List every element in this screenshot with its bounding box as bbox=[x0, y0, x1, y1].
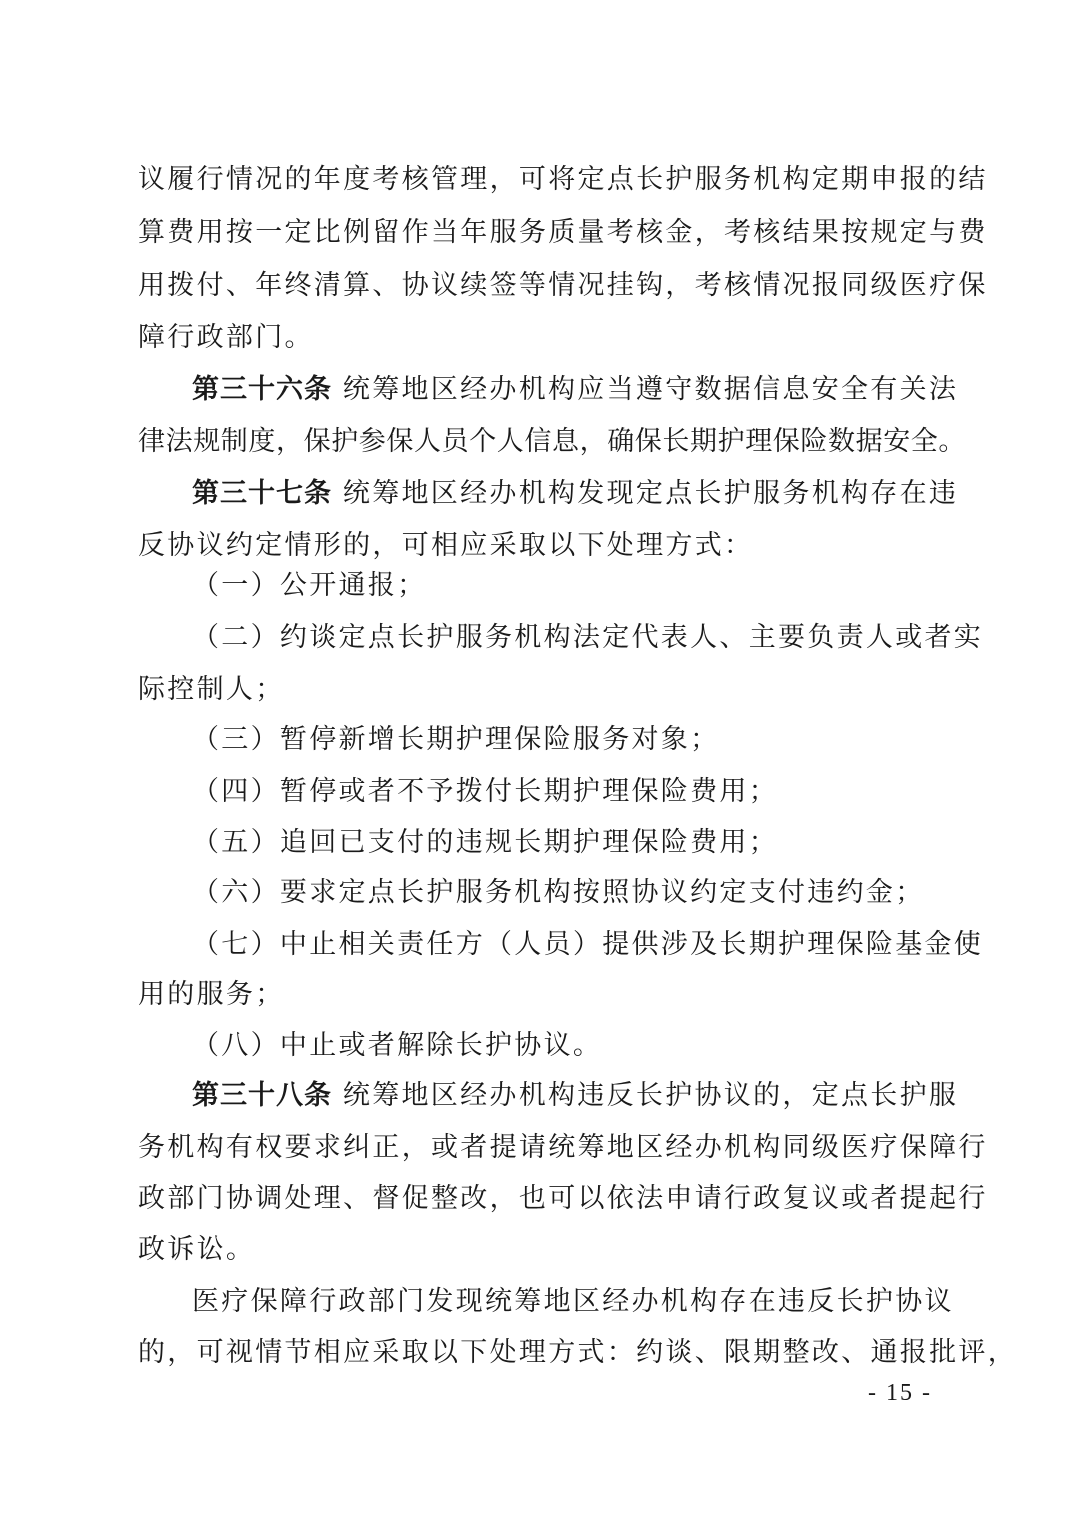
body-text-line: 的，可视情节相应采取以下处理方式：约谈、限期整改、通报批评， bbox=[138, 1336, 948, 1370]
article-37-heading: 第三十七条 bbox=[192, 478, 332, 509]
article-36-heading: 第三十六条 bbox=[192, 374, 332, 405]
article-38-heading: 第三十八条 bbox=[192, 1080, 332, 1111]
article-37-text: 统筹地区经办机构发现定点长护服务机构存在违 bbox=[343, 478, 958, 509]
body-text-line: 医疗保障行政部门发现统筹地区经办机构存在违反长护协议 bbox=[192, 1285, 948, 1319]
document-page: 议履行情况的年度考核管理，可将定点长护服务机构定期申报的结 算费用按一定比例留作… bbox=[0, 0, 1074, 1520]
article-38-line: 务机构有权要求纠正，或者提请统筹地区经办机构同级医疗保障行 bbox=[138, 1131, 948, 1165]
article-38-line: 政部门协调处理、督促整改，也可以依法申请行政复议或者提起行 bbox=[138, 1182, 948, 1216]
list-item: （四）暂停或者不予拨付长期护理保险费用； bbox=[192, 775, 948, 809]
list-item: （八）中止或者解除长护协议。 bbox=[192, 1029, 948, 1063]
list-item: （七）中止相关责任方（人员）提供涉及长期护理保险基金使 bbox=[192, 928, 948, 962]
list-item-continuation: 用的服务； bbox=[138, 978, 948, 1012]
article-38-first-line: 第三十八条 统筹地区经办机构违反长护协议的，定点长护服 bbox=[192, 1079, 948, 1113]
body-text-line: 议履行情况的年度考核管理，可将定点长护服务机构定期申报的结 bbox=[138, 163, 948, 197]
body-text-line: 用拨付、年终清算、协议续签等情况挂钩，考核情况报同级医疗保 bbox=[138, 269, 948, 303]
article-37-line: 反协议约定情形的，可相应采取以下处理方式： bbox=[138, 529, 948, 563]
article-38-text: 统筹地区经办机构违反长护协议的，定点长护服 bbox=[343, 1080, 958, 1111]
list-item: （二）约谈定点长护服务机构法定代表人、主要负责人或者实 bbox=[192, 621, 948, 655]
article-36-text: 统筹地区经办机构应当遵守数据信息安全有关法 bbox=[343, 374, 958, 405]
page-number: - 15 - bbox=[868, 1378, 932, 1408]
article-38-line: 政诉讼。 bbox=[138, 1233, 948, 1267]
article-36-first-line: 第三十六条 统筹地区经办机构应当遵守数据信息安全有关法 bbox=[192, 373, 948, 407]
body-text-line: 障行政部门。 bbox=[138, 321, 948, 355]
article-36-line: 律法规制度，保护参保人员个人信息，确保长期护理保险数据安全。 bbox=[138, 425, 948, 459]
list-item: （一）公开通报； bbox=[192, 569, 948, 603]
body-text-line: 算费用按一定比例留作当年服务质量考核金，考核结果按规定与费 bbox=[138, 216, 948, 250]
article-37-first-line: 第三十七条 统筹地区经办机构发现定点长护服务机构存在违 bbox=[192, 477, 948, 511]
list-item-continuation: 际控制人； bbox=[138, 673, 948, 707]
list-item: （五）追回已支付的违规长期护理保险费用； bbox=[192, 826, 948, 860]
list-item: （六）要求定点长护服务机构按照协议约定支付违约金； bbox=[192, 876, 948, 910]
list-item: （三）暂停新增长期护理保险服务对象； bbox=[192, 723, 948, 757]
